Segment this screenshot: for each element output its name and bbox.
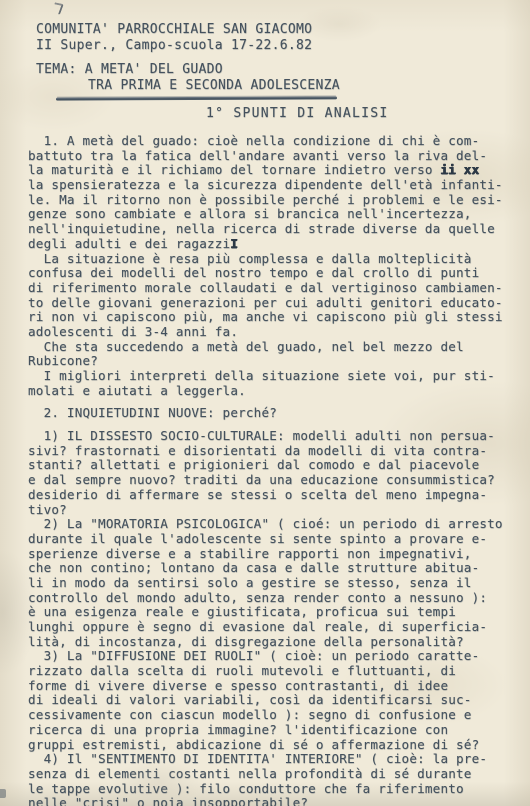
text-line: to delle giovani generazioni per cui adu…	[28, 296, 522, 311]
text-line: 4) Il "SENTIMENTO DI IDENTITA' INTERIORE…	[28, 752, 522, 767]
text-line: La situazione è resa più complessa e dal…	[28, 252, 522, 267]
text-line: ri non vi capiscono più, ma anche vi cap…	[28, 310, 522, 325]
text-line: e dal sempre nuovo? traditi da una educa…	[28, 473, 522, 488]
text-line: forme di vivere diverse e spesso contras…	[28, 679, 522, 694]
text-line: di riferimento morale collaudati e dal v…	[28, 281, 522, 296]
text-line: durante il quale l'adolescente si sente …	[28, 532, 522, 547]
overstruck-text: I	[230, 236, 238, 251]
text-line: le tappe evolutive ): filo conduttore ch…	[28, 782, 522, 797]
scanned-document-page: COMUNITA' PARROCCHIALE SAN GIACOMO II Su…	[0, 0, 530, 806]
text-line: è una esigenza reale e giustificata, pro…	[28, 605, 522, 620]
title-underline	[56, 96, 337, 100]
text-line: battuto tra la fatica dell'andare avanti…	[28, 149, 522, 164]
text-line: cessivamente con ciascun modello ): segn…	[28, 708, 522, 723]
text-line: molati e aiutati a leggerla.	[28, 384, 522, 399]
text-line: Che sta succedendo a metà del guado, nel…	[28, 340, 522, 355]
theme-line-2: TRA PRIMA E SECONDA ADOLESCENZA	[88, 78, 340, 93]
overstruck-text: ii xx	[440, 162, 479, 177]
scan-edge-mark	[0, 789, 6, 798]
text-line: confusa dei modelli del nostro tempo e d…	[28, 266, 522, 281]
text-line: ricerca di una propria immagine? l'ident…	[28, 723, 522, 738]
text-line: che non contino; lontano da casa e dalle…	[28, 561, 522, 576]
section-title: 1° SPUNTI DI ANALISI	[206, 106, 389, 122]
text-line: la maturità e il richiamo del tornare in…	[28, 163, 522, 178]
text-line: degli adulti e dei ragazziI	[28, 237, 522, 252]
text-line: genze sono cambiate e allora si brancica…	[28, 207, 522, 222]
text-line: le. Ma il ritorno non è possibile perché…	[28, 193, 522, 208]
text-line: Rubicone?	[28, 354, 522, 369]
text-line: 2. INQUIETUDINI NUOVE: perché?	[28, 406, 522, 421]
text-line: 3) La "DIFFUSIONE DEI RUOLI" ( cioè: un …	[28, 649, 522, 664]
text-line: tivo?	[28, 503, 522, 518]
text-line: 1. A metà del guado: cioè nella condizio…	[28, 134, 522, 149]
text-line: 1) IL DISSESTO SOCIO-CULTURALE: modelli …	[28, 429, 522, 444]
text-line: nelle "crisi" o noia insopportabile?	[28, 796, 522, 806]
text-line: sivi? frastornati e disorientati da mode…	[28, 444, 522, 459]
text-line: li in modo da sentirsi solo a gestire se…	[28, 576, 522, 591]
text-line: gruppi estremisti, abdicazione di sé o a…	[28, 738, 522, 753]
text-line: lità, di incostanza, di disgregazione de…	[28, 635, 522, 650]
text-line: I migliori interpreti della situazione s…	[28, 369, 522, 384]
theme-line-1: TEMA: A META' DEL GUADO	[36, 62, 223, 77]
text-line: la spensieratezza e la sicurezza dipende…	[28, 178, 522, 193]
pen-mark	[51, 2, 64, 14]
text-line: di ideali di valori variabili, così da i…	[28, 693, 522, 708]
text-line: senza di elementi costanti nella profond…	[28, 767, 522, 782]
text-line: lunghi oppure è segno di evasione dal re…	[28, 620, 522, 635]
text-line: adolescenti di 3-4 anni fa.	[28, 325, 522, 340]
text-line: controllo del mondo adulto, senza render…	[28, 591, 522, 606]
text-line: sperienze diverse e a stabilire rapporti…	[28, 547, 522, 562]
header-meta-line: II Super., Campo-scuola 17-22.6.82	[36, 38, 312, 53]
text-line: nell'inquietudine, nella ricerca di stra…	[28, 222, 522, 237]
header-org-line: COMUNITA' PARROCCHIALE SAN GIACOMO	[36, 22, 312, 37]
text-line: stanti? allettati e prigionieri dal como…	[28, 458, 522, 473]
text-line: 2) La "MORATORIA PSICOLOGICA" ( cioé: un…	[28, 517, 522, 532]
text-line: rizzato dalla scelta di ruoli mutevoli e…	[28, 664, 522, 679]
body-lines: 1. A metà del guado: cioè nella condizio…	[28, 134, 522, 806]
text-line: desiderio di affermare se stessi o scelt…	[28, 488, 522, 503]
